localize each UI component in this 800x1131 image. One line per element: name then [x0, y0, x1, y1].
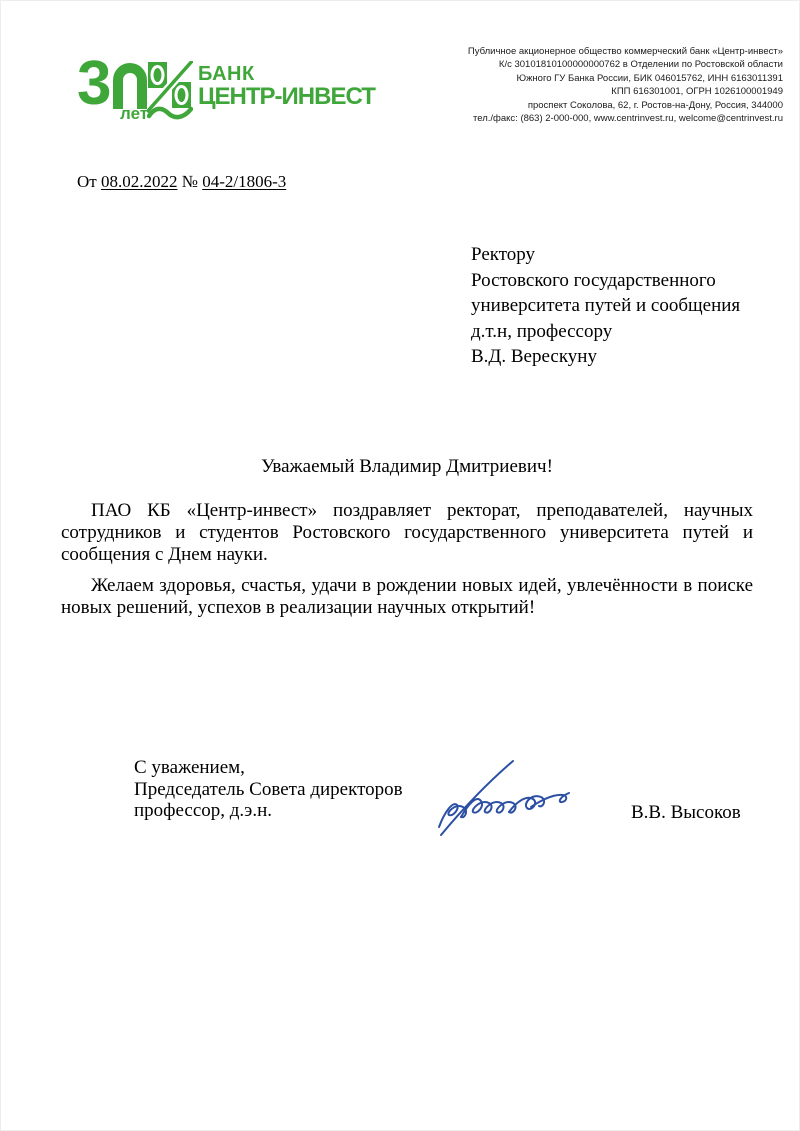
logo-30-number: 3	[77, 53, 111, 115]
company-line-address: проспект Соколова, 62, г. Ростов-на-Дону…	[468, 99, 783, 112]
company-line-corr-account: К/с 30101810100000000762 в Отделении по …	[468, 58, 783, 71]
recipient-line-title: Ректору	[471, 242, 740, 268]
percent-icon	[147, 61, 193, 123]
company-line-kpp-ogrn: КПП 616301001, ОГРН 1026100001949	[468, 85, 783, 98]
recipient-line-university-2: университета путей и сообщения	[471, 293, 740, 319]
recipient-line-name: В.Д. Верескуну	[471, 344, 740, 370]
letter-page: 3 лет БАНК ЦЕНТР-ИНВЕСТ Публичное акцион…	[0, 0, 800, 1131]
salutation: Уважаемый Владимир Дмитриевич!	[61, 456, 753, 478]
reference-number: 04-2/1806-3	[202, 172, 286, 191]
closing-line-degree: профессор, д.э.н.	[134, 800, 403, 822]
reference-line: От 08.02.2022 № 04-2/1806-3	[77, 172, 286, 192]
handwritten-signature	[431, 749, 576, 841]
closing-line-position: Председатель Совета директоров	[134, 779, 403, 801]
signer-name: В.В. Высоков	[631, 802, 741, 824]
company-line-bik-inn: Южного ГУ Банка России, БИК 046015762, И…	[468, 72, 783, 85]
paragraph-congratulation: ПАО КБ «Центр-инвест» поздравляет ректор…	[61, 500, 753, 566]
company-line-contacts: тел./факс: (863) 2-000-000, www.centrinv…	[468, 112, 783, 125]
logo-bank-word: БАНК	[198, 64, 375, 84]
logo-bank-name: ЦЕНТР-ИНВЕСТ	[198, 85, 375, 109]
recipient-block: Ректору Ростовского государственного уни…	[471, 242, 740, 370]
company-requisites: Публичное акционерное общество коммерчес…	[468, 45, 783, 125]
closing-block: С уважением, Председатель Совета директо…	[134, 757, 403, 822]
logo-wordmark: БАНК ЦЕНТР-ИНВЕСТ	[198, 64, 375, 109]
paragraph-wishes: Желаем здоровья, счастья, удачи в рожден…	[61, 575, 753, 619]
closing-line-regards: С уважением,	[134, 757, 403, 779]
recipient-line-university-1: Ростовского государственного	[471, 268, 740, 294]
reference-number-sign: №	[182, 172, 198, 191]
reference-date: 08.02.2022	[101, 172, 178, 191]
reference-prefix: От	[77, 172, 97, 191]
company-line-legal-name: Публичное акционерное общество коммерчес…	[468, 45, 783, 58]
recipient-line-degree: д.т.н, профессору	[471, 319, 740, 345]
logo-zero-arch	[113, 63, 147, 109]
logo-years-label: лет	[120, 105, 148, 122]
letter-body: ПАО КБ «Центр-инвест» поздравляет ректор…	[61, 500, 753, 628]
bank-logo: 3 лет БАНК ЦЕНТР-ИНВЕСТ	[77, 58, 397, 130]
